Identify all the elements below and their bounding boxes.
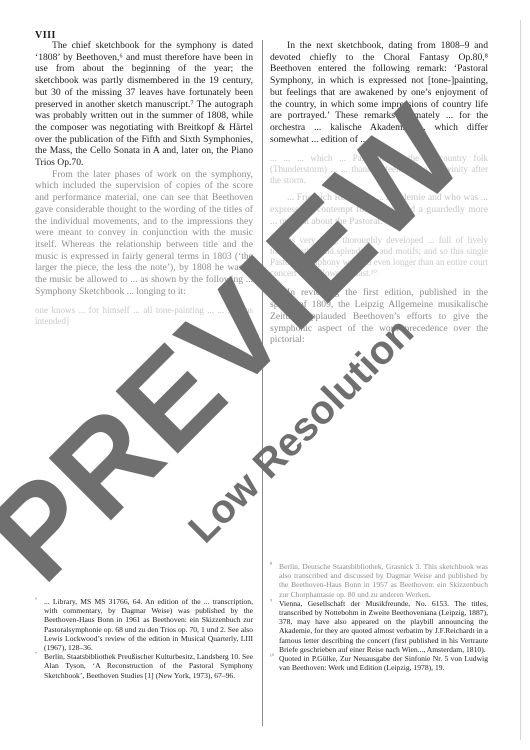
footnote-text: Berlin, Deutsche Staatsbibliothek, Grasn… (279, 562, 488, 599)
footnote-marker: ⁸ (270, 561, 272, 570)
footnote-text: Berlin, Staatsbibliothek Preußischer Kul… (44, 652, 253, 679)
footnote-8: ⁸ Berlin, Deutsche Staatsbibliothek, Gra… (270, 562, 488, 599)
paragraph-reichardt: ... Friedrich Reichardt, ... Akademie an… (270, 192, 488, 227)
paragraph-first-edition-review: In reviewing the first edition, publishe… (270, 287, 488, 346)
low-resolution-watermark: Low Resolution (182, 311, 421, 550)
footnote-text: Vienna, Gesellschaft der Musikfreunde, N… (279, 599, 488, 654)
paragraph-next-sketchbook: In the next sketchbook, dating from 1808… (270, 40, 488, 145)
right-column: In the next sketchbook, dating from 1808… (270, 40, 488, 346)
footnotes-left: ⁶ ... Library, MS MS 31766, 64. An editi… (35, 597, 253, 680)
block-quote-left: one knows ... for himself ... all tone-p… (35, 305, 253, 327)
footnote-text: Quoted in P.Gülke, Zur Neuausgabe der Si… (279, 654, 488, 672)
paragraph-sketchbook-history: The chief sketchbook for the symphony is… (35, 40, 253, 169)
footnote-marker: ¹⁰ (270, 653, 274, 662)
footnote-7: ⁷ Berlin, Staatsbibliothek Preußischer K… (35, 652, 253, 680)
footnote-6: ⁶ ... Library, MS MS 31766, 64. An editi… (35, 597, 253, 652)
document-page: VIII The chief sketchbook for the sympho… (0, 0, 530, 750)
block-quote-titles: ... ... ... which ... Pastorale by the .… (270, 153, 488, 186)
footnote-text: ... Library, MS MS 31766, 64. An edition… (44, 597, 253, 652)
footnote-marker: ⁷ (35, 651, 37, 660)
left-column: The chief sketchbook for the symphony is… (35, 40, 253, 333)
footnote-marker: ⁶ (35, 596, 37, 605)
paragraph-titles-wording: From the later phases of work on the sym… (35, 169, 253, 298)
column-divider (262, 40, 263, 726)
footnote-marker: ⁹ (270, 598, 272, 607)
page-edge (520, 20, 521, 740)
block-quote-reichardt: ... was very long, thoroughly developed … (270, 235, 488, 279)
footnote-10: ¹⁰ Quoted in P.Gülke, Zur Neuausgabe der… (270, 654, 488, 672)
footnotes-right: ⁸ Berlin, Deutsche Staatsbibliothek, Gra… (270, 562, 488, 672)
footnote-9: ⁹ Vienna, Gesellschaft der Musikfreunde,… (270, 599, 488, 654)
